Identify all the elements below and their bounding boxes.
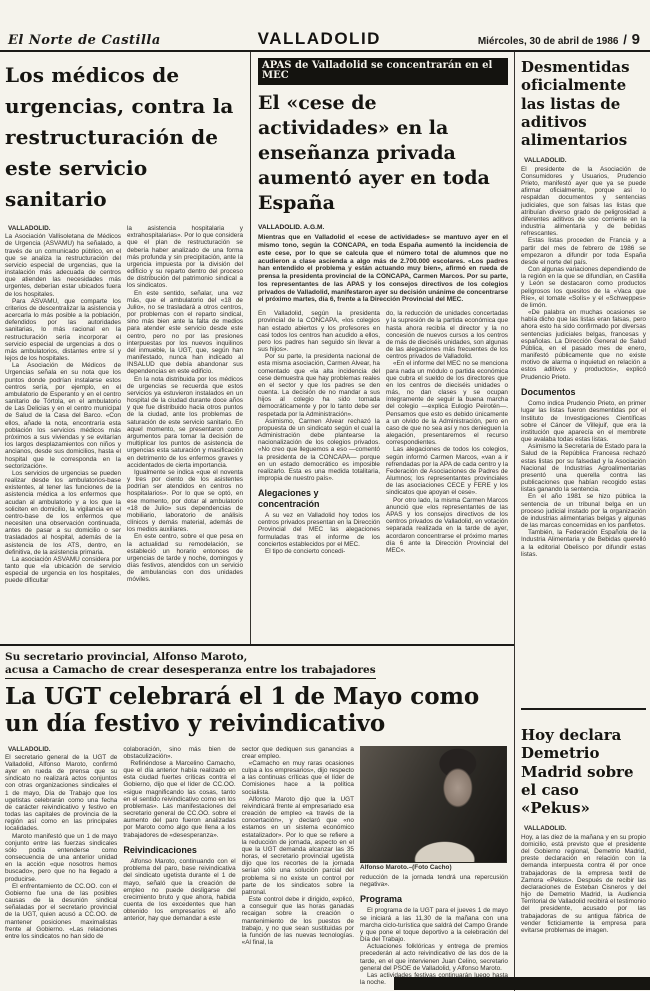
body-paragraph: En Valladolid, según la presidenta provi… <box>258 310 380 353</box>
body-paragraph: El programa de la UGT para el jueves 1 d… <box>360 907 508 943</box>
article-dateline: VALLADOLID. <box>521 157 646 164</box>
body-paragraph: la asistencia hospitalaria y extrahospit… <box>127 225 243 290</box>
body-paragraph: «En el informe del MEC no se menciona pa… <box>386 360 508 446</box>
body-paragraph: colaboración, sino más bien de obstaculi… <box>123 746 235 760</box>
body-paragraph: Este control debe ir dirigido, explicó, … <box>242 896 354 946</box>
body-paragraph: Para ASVAMU, que comparte los criterios … <box>5 298 121 363</box>
column-subhead: Reivindicaciones <box>123 845 235 855</box>
article-apas-mec: APAS de Valladolid se concentrarán en el… <box>251 52 514 644</box>
masthead-date: Miércoles, 30 de abril de 1986 / 9 <box>478 32 640 47</box>
photo-alfonso-maroto <box>360 746 506 862</box>
column-subhead: Documentos <box>521 387 646 397</box>
article-caso-pekus: Hoy declara Demetrio Madrid sobre el cas… <box>521 708 646 981</box>
column-subhead: Alegaciones y concentración <box>258 488 380 509</box>
article-column: la asistencia hospitalaria y extrahospit… <box>127 225 243 677</box>
body-paragraph: El tipo de concierto concedi- <box>258 548 380 555</box>
body-paragraph: En este centro, sobre el que pesa en la … <box>127 533 243 583</box>
bottom-black-bar <box>394 977 650 990</box>
article-dateline: VALLADOLID. <box>5 746 117 753</box>
section-title: VALLADOLID <box>258 30 381 47</box>
date-text: Miércoles, 30 de abril de 1986 <box>478 36 619 47</box>
article-column: VALLADOLID.Hoy, a las diez de la mañana … <box>521 825 646 934</box>
body-paragraph: Alfonso Maroto dijo que la UGT reivindic… <box>242 796 354 896</box>
column-subhead: Programa <box>360 894 508 904</box>
article-aditivos-alimentarios: Desmentidas oficialmente las listas de a… <box>521 56 646 708</box>
article-columns: VALLADOLID.El secretario general de la U… <box>5 746 508 991</box>
article-column: VALLADOLID.El secretario general de la U… <box>5 746 117 991</box>
body-paragraph: Los servicios de urgencias se pueden rea… <box>5 470 121 556</box>
body-paragraph: «De palabra en muchas ocasiones se había… <box>521 309 646 381</box>
date-separator: / <box>621 32 629 47</box>
body-paragraph: «Camacho en muy raras ocasiones culpa a … <box>242 760 354 796</box>
article-dateline: VALLADOLID. <box>5 225 121 232</box>
article-column: reducción de la jornada tendrá una reper… <box>360 874 508 987</box>
article-column: do, la reducción de unidades concertadas… <box>386 310 508 682</box>
body-paragraph: En este sentido, señalar, una vez más, q… <box>127 290 243 376</box>
body-paragraph: En el año 1981 se hizo pública la senten… <box>521 493 646 529</box>
photo-caption: Alfonso Maroto.–(Foto Cacho) <box>360 864 508 871</box>
body-paragraph: El presidente de la Asociación de Consum… <box>521 166 646 238</box>
kicker-line-underlined: acusa a Camacho de crear desesperanza en… <box>5 664 376 679</box>
body-paragraph: Estas listas proceden de Francia y a par… <box>521 237 646 266</box>
article-column: VALLADOLID.El presidente de la Asociació… <box>521 157 646 557</box>
body-paragraph: Por otro lado, la misma Carmen Marcos an… <box>386 497 508 554</box>
article-ugt-primero-mayo: Su secretario provincial, Alfonso Maroto… <box>0 644 514 991</box>
page-body: Los médicos de urgencias, contra la rest… <box>0 52 650 991</box>
article-headline: Desmentidas oficialmente las listas de a… <box>521 58 646 149</box>
article-headline: Los médicos de urgencias, contra la rest… <box>5 60 243 215</box>
body-paragraph: Asimismo, Carmen Alvear rechazó la propu… <box>258 418 380 483</box>
newspaper-brand: El Norte de Castilla <box>8 34 161 47</box>
page-number: 9 <box>632 31 640 48</box>
body-paragraph: La Asociación de Médicos de Urgencias se… <box>5 362 121 470</box>
body-paragraph: Actuaciones folklóricas y entrega de pre… <box>360 943 508 972</box>
article-dateline: VALLADOLID. A.G.M. <box>258 224 508 232</box>
body-paragraph: reducción de la jornada tendrá una reper… <box>360 874 508 888</box>
article-headline: La UGT celebrará el 1 de Mayo como un dí… <box>5 683 508 737</box>
article-columns: En Valladolid, según la presidenta provi… <box>258 310 508 682</box>
body-paragraph: Refiriéndose a Marcelino Camacho, que el… <box>123 760 235 839</box>
article-column: colaboración, sino más bien de obstaculi… <box>123 746 235 991</box>
body-paragraph: Alfonso Maroto, continuando con el probl… <box>123 858 235 923</box>
article-column-with-photo: Alfonso Maroto.–(Foto Cacho) reducción d… <box>360 746 508 991</box>
body-paragraph: También, la Federación Española de la In… <box>521 529 646 558</box>
body-paragraph: A su vez en Valladolid hoy todos los cen… <box>258 512 380 548</box>
article-columns: VALLADOLID.La Asociación Vallisoletana d… <box>5 225 243 677</box>
body-paragraph: Por su parte, la presidenta nacional de … <box>258 353 380 418</box>
article-headline: Hoy declara Demetrio Madrid sobre el cas… <box>521 726 646 817</box>
top-articles-row: Los médicos de urgencias, contra la rest… <box>0 52 514 644</box>
body-paragraph: Como indica Prudencio Prieto, en primer … <box>521 400 646 443</box>
article-headline: El «cese de actividades» en la enseñanza… <box>258 91 508 216</box>
article-column: En Valladolid, según la presidenta provi… <box>258 310 380 682</box>
body-paragraph: Igualmente se indica «que el noventa y t… <box>127 469 243 534</box>
body-paragraph: Hoy, a las diez de la mañana y en su pro… <box>521 834 646 934</box>
body-paragraph: sector que dediquen sus ganancias a crea… <box>242 746 354 760</box>
body-paragraph: Con algunas variaciones dependiendo de l… <box>521 266 646 309</box>
article-column: sector que dediquen sus ganancias a crea… <box>242 746 354 991</box>
masthead: El Norte de Castilla VALLADOLID Miércole… <box>0 0 650 52</box>
body-paragraph: El enfrentamiento de CC.OO. con el Gobie… <box>5 883 117 940</box>
body-paragraph: La asociación ASVAMU considera por tanto… <box>5 556 121 585</box>
body-paragraph: En la nota distribuida por los médicos d… <box>127 376 243 469</box>
article-medicos-urgencias: Los médicos de urgencias, contra la rest… <box>0 52 251 644</box>
newspaper-page: El Norte de Castilla VALLADOLID Miércole… <box>0 0 650 991</box>
lead-paragraph: Mientras que en Valladolid el «cese de a… <box>258 234 508 304</box>
left-main-area: Los médicos de urgencias, contra la rest… <box>0 52 514 991</box>
article-dateline: VALLADOLID. <box>521 825 646 832</box>
body-paragraph: Asimismo la Secretaría de Estado para la… <box>521 443 646 493</box>
body-paragraph: Maroto manifestó que un 1 de mayo conjun… <box>5 833 117 883</box>
body-paragraph: La Asociación Vallisoletana de Médicos d… <box>5 233 121 298</box>
body-paragraph: do, la reducción de unidades concertadas… <box>386 310 508 360</box>
body-paragraph: Las alegaciones de todos los colegios, s… <box>386 446 508 496</box>
kicker-bar: APAS de Valladolid se concentrarán en el… <box>258 58 508 85</box>
article-column: VALLADOLID.La Asociación Vallisoletana d… <box>5 225 121 677</box>
body-paragraph: El secretario general de la UGT de Valla… <box>5 754 117 833</box>
right-rail: Desmentidas oficialmente las listas de a… <box>514 52 650 991</box>
